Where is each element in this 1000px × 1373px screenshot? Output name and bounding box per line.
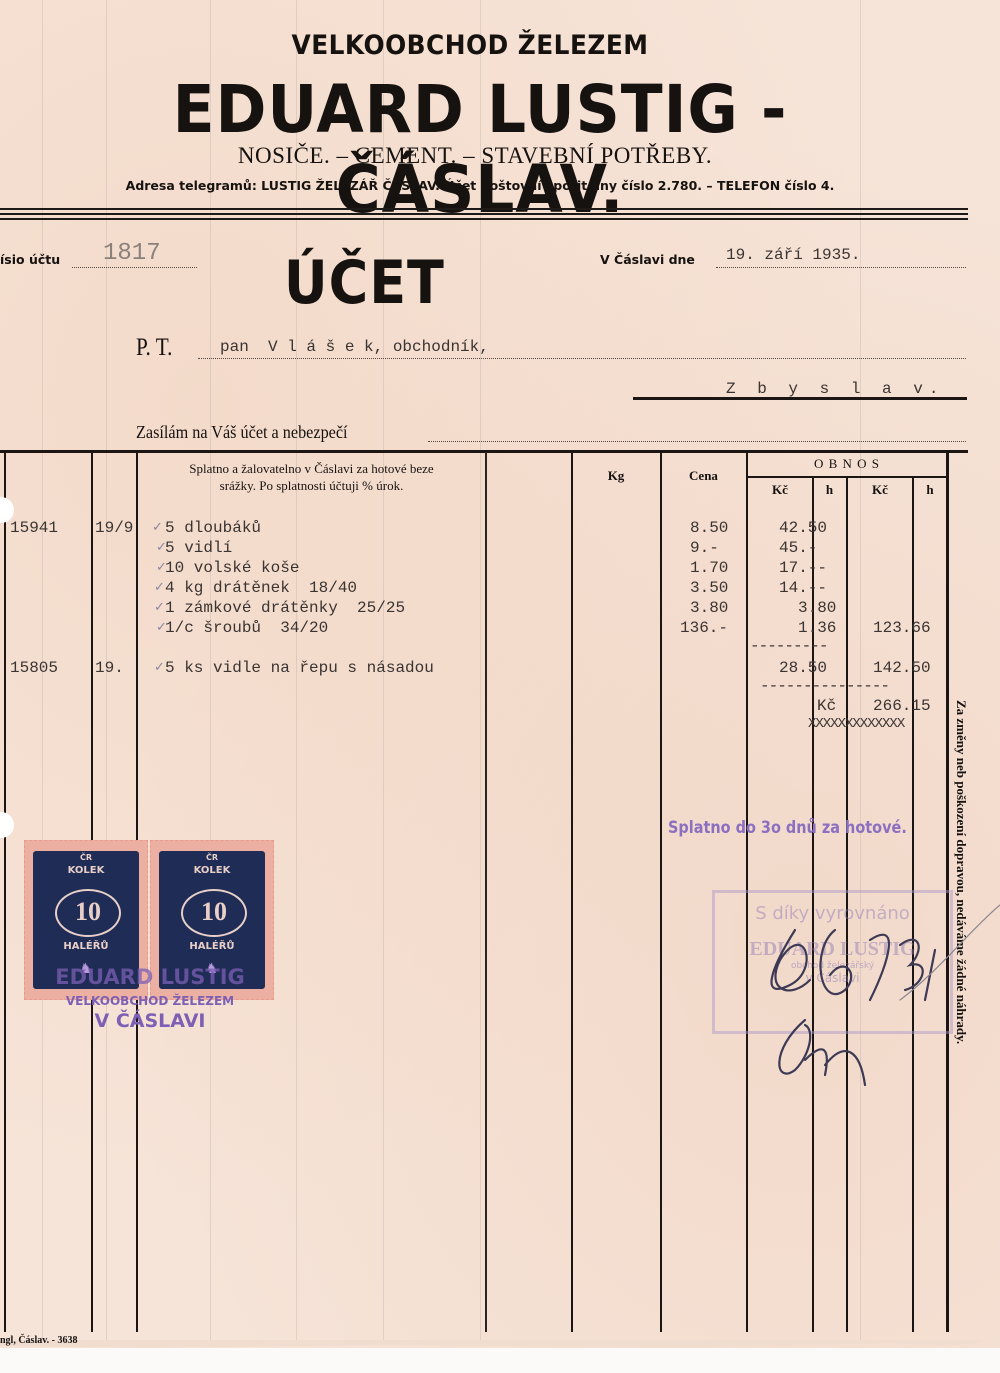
handwritten-signature [750,890,1000,1100]
recipient-name: pan V l á š e k, obchodník, [220,338,489,356]
header-rule [0,218,968,220]
row-date: 19/9 [95,518,133,538]
table-column-line [660,452,662,1332]
recipient-town: Z b y s l a v. [726,380,944,398]
document-title: ÚČET [284,248,445,318]
total-currency: Kč [817,696,836,716]
revenue-stamp-value: 10 [55,897,121,927]
row-item: 1/c šroubů 34/20 [165,618,328,638]
row-amount: 14.-- [779,578,827,598]
header-rule [0,208,968,210]
checkmark-icon: ✓ [154,580,165,595]
revenue-stamp-value: 10 [181,897,247,927]
row-subtotal: 142.50 [873,658,931,678]
revenue-stamp-unit: HALÉŘŮ [159,941,265,952]
date-line [716,266,966,268]
row-subtotal: 123.66 [873,618,931,638]
total-underline: XXXXXXXXXXXXX [808,714,904,734]
row-price: 8.50 [690,518,728,538]
column-header-kc-1: Kč [748,482,812,498]
total-value: 266.15 [873,696,931,716]
column-header-obnos: O B N O S [748,456,946,472]
row-amount: 42.50 [779,518,827,538]
consignment-line [428,440,966,442]
table-top-rule [0,450,968,453]
revenue-stamp-top: ČR [33,853,139,862]
payment-terms: Splatno a žalovatelno v Čáslavi za hotov… [138,460,485,494]
revenue-stamp-unit: HALÉŘŮ [33,941,139,952]
letterhead-goods: NOSIČE. – CEMENT. – STAVEBNÍ POTŘEBY. [0,143,950,169]
row-amount: 17.-- [779,558,827,578]
subtotal-dashes: --------- [750,636,827,656]
invoice-number-value: 1817 [103,240,161,267]
row-item: 1 zámkové drátěnky 25/25 [165,598,405,618]
table-column-line [485,452,487,1332]
row-item: 5 vidlí [165,538,232,558]
header-rule [0,213,968,215]
row-price: 1.70 [690,558,728,578]
invoice-number-label: ísio účtu [0,252,60,267]
table-column-line [571,452,573,1332]
row-item: 10 volské koše [165,558,299,578]
payment-terms-line2: srážky. Po splatnosti účtuji % úrok. [138,477,485,494]
payment-terms-line1: Splatno a žalovatelno v Čáslavi za hotov… [138,460,485,477]
recipient-line [198,357,966,359]
town-underline [633,397,967,400]
row-item: 5 dloubáků [165,518,261,538]
row-amount: 45.- [779,538,817,558]
column-header-cena: Cena [661,468,746,484]
column-header-h-1: h [813,482,846,498]
row-price: 3.80 [690,598,728,618]
consignment-label: Zasílám na Váš účet a nebezpečí [136,422,348,443]
obnos-divider [746,476,948,478]
row-amount: 3.80 [798,598,836,618]
table-column-line [4,452,6,1332]
checkmark-icon: ✓ [154,600,165,615]
row-ref: 15941 [10,518,58,538]
row-item: 5 ks vidle na řepu s násadou [165,658,434,678]
row-date: 19. [95,658,124,678]
column-header-h-2: h [914,482,946,498]
printer-imprint: ngl, Čáslav. - 3638 [0,1335,78,1346]
revenue-stamp-label: KOLEK [159,865,265,876]
row-ref: 15805 [10,658,58,678]
row-amount: 28.50 [779,658,827,678]
checkmark-icon: ✓ [152,520,163,535]
date-label: V Čáslavi dne [600,252,695,267]
row-amount: 1.36 [798,618,836,638]
company-stamp-line2: VELKOOBCHOD ŽELEZEM [30,994,270,1008]
company-stamp-line1: EDUARD LUSTIG [30,965,270,989]
revenue-stamp-label: KOLEK [33,865,139,876]
row-price: 3.50 [690,578,728,598]
row-price: 136.- [680,618,728,638]
total-dashes: --------------- [760,676,889,696]
row-price: 9.- [690,538,719,558]
revenue-stamp-top: ČR [159,853,265,862]
row-item: 4 kg drátěnek 18/40 [165,578,357,598]
column-header-kg: Kg [572,468,660,484]
date-value: 19. září 1935. [726,246,860,264]
letterhead-address: Adresa telegramů: LUSTIG ŽELEZÁŘ ČÁSLAV.… [0,178,960,193]
checkmark-icon: ✓ [154,660,165,675]
payment-stamp: Splatno do 3o dnů za hotové. [668,818,907,838]
recipient-label: P. T. [136,334,172,362]
company-stamp-line3: V ČÁSLAVI [30,1010,270,1032]
letterhead-tagline: VELKOOBCHOD ŽELEZEM [38,30,903,61]
column-header-kc-2: Kč [848,482,912,498]
